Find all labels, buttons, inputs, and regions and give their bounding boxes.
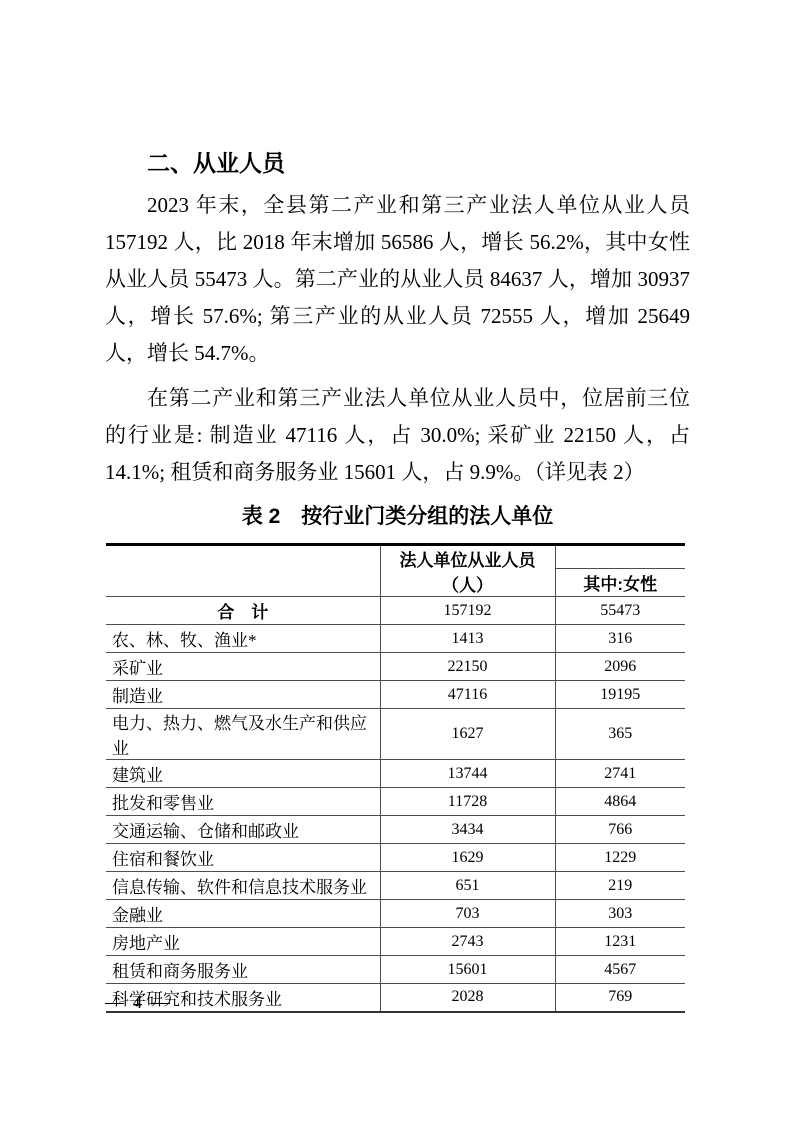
female-cell: 769	[555, 984, 685, 1012]
industry-name-cell: 电力、热力、燃气及水生产和供应业	[106, 709, 380, 760]
industry-name-cell: 建筑业	[106, 760, 380, 788]
female-cell: 4864	[555, 788, 685, 816]
table-row: 信息传输、软件和信息技术服务业 651 219	[106, 872, 685, 900]
female-cell: 365	[555, 709, 685, 760]
total-cell: 47116	[380, 681, 555, 709]
page-number: — 4 —	[105, 992, 172, 1014]
table-row: 批发和零售业 11728 4864	[106, 788, 685, 816]
col-header-female: 其中:女性	[555, 569, 685, 597]
table-row: 租赁和商务服务业 15601 4567	[106, 956, 685, 984]
industry-name-cell: 住宿和餐饮业	[106, 844, 380, 872]
female-cell: 303	[555, 900, 685, 928]
female-cell: 316	[555, 625, 685, 653]
table-header-row-top: 法人单位从业人员（人）	[106, 545, 685, 569]
paragraph-top-industries: 在第二产业和第三产业法人单位从业人员中，位居前三位的行业是: 制造业 47116…	[105, 380, 690, 491]
table-row-total: 合 计 157192 55473	[106, 597, 685, 625]
document-page: 二、从业人员 2023 年末，全县第二产业和第三产业法人单位从业人员 15719…	[0, 0, 793, 1122]
table-row: 金融业 703 303	[106, 900, 685, 928]
female-cell: 1231	[555, 928, 685, 956]
col-header-total: 法人单位从业人员（人）	[380, 545, 555, 597]
total-cell: 2743	[380, 928, 555, 956]
female-cell: 766	[555, 816, 685, 844]
total-cell: 651	[380, 872, 555, 900]
industry-name-cell: 房地产业	[106, 928, 380, 956]
table-row: 电力、热力、燃气及水生产和供应业 1627 365	[106, 709, 685, 760]
total-cell: 703	[380, 900, 555, 928]
table-row: 房地产业 2743 1231	[106, 928, 685, 956]
table-row: 住宿和餐饮业 1629 1229	[106, 844, 685, 872]
industry-table-body: 合 计 157192 55473 农、林、牧、渔业* 1413 316 采矿业 …	[106, 597, 685, 1012]
paragraph-employment-overview: 2023 年末，全县第二产业和第三产业法人单位从业人员 157192 人，比 2…	[105, 187, 690, 372]
table-row: 制造业 47116 19195	[106, 681, 685, 709]
industry-name-cell: 制造业	[106, 681, 380, 709]
female-cell: 19195	[555, 681, 685, 709]
industry-table: 法人单位从业人员（人） 其中:女性 合 计 157192 55473 农、林、牧…	[106, 543, 685, 1013]
industry-name-cell: 交通运输、仓储和邮政业	[106, 816, 380, 844]
total-cell: 1629	[380, 844, 555, 872]
female-cell: 2096	[555, 653, 685, 681]
industry-name-cell: 采矿业	[106, 653, 380, 681]
col-header-female-spacer	[555, 545, 685, 569]
female-cell: 219	[555, 872, 685, 900]
total-cell: 157192	[380, 597, 555, 625]
document-body: 二、从业人员 2023 年末，全县第二产业和第三产业法人单位从业人员 15719…	[105, 147, 690, 1013]
total-cell: 22150	[380, 653, 555, 681]
total-cell: 1413	[380, 625, 555, 653]
industry-name-cell: 农、林、牧、渔业*	[106, 625, 380, 653]
total-cell: 2028	[380, 984, 555, 1012]
total-cell: 13744	[380, 760, 555, 788]
industry-name-cell: 合 计	[106, 597, 380, 625]
table-row: 交通运输、仓储和邮政业 3434 766	[106, 816, 685, 844]
table-row: 农、林、牧、渔业* 1413 316	[106, 625, 685, 653]
total-cell: 11728	[380, 788, 555, 816]
industry-name-cell: 金融业	[106, 900, 380, 928]
table-title: 表 2 按行业门类分组的法人单位	[105, 501, 690, 533]
female-cell: 55473	[555, 597, 685, 625]
industry-name-cell: 信息传输、软件和信息技术服务业	[106, 872, 380, 900]
female-cell: 4567	[555, 956, 685, 984]
table-row: 建筑业 13744 2741	[106, 760, 685, 788]
table-row: 采矿业 22150 2096	[106, 653, 685, 681]
industry-name-cell: 租赁和商务服务业	[106, 956, 380, 984]
industry-name-cell: 批发和零售业	[106, 788, 380, 816]
section-heading: 二、从业人员	[105, 147, 690, 179]
female-cell: 2741	[555, 760, 685, 788]
total-cell: 1627	[380, 709, 555, 760]
total-cell: 3434	[380, 816, 555, 844]
table-row: 科学研究和技术服务业 2028 769	[106, 984, 685, 1012]
female-cell: 1229	[555, 844, 685, 872]
corner-cell	[106, 545, 380, 597]
total-cell: 15601	[380, 956, 555, 984]
